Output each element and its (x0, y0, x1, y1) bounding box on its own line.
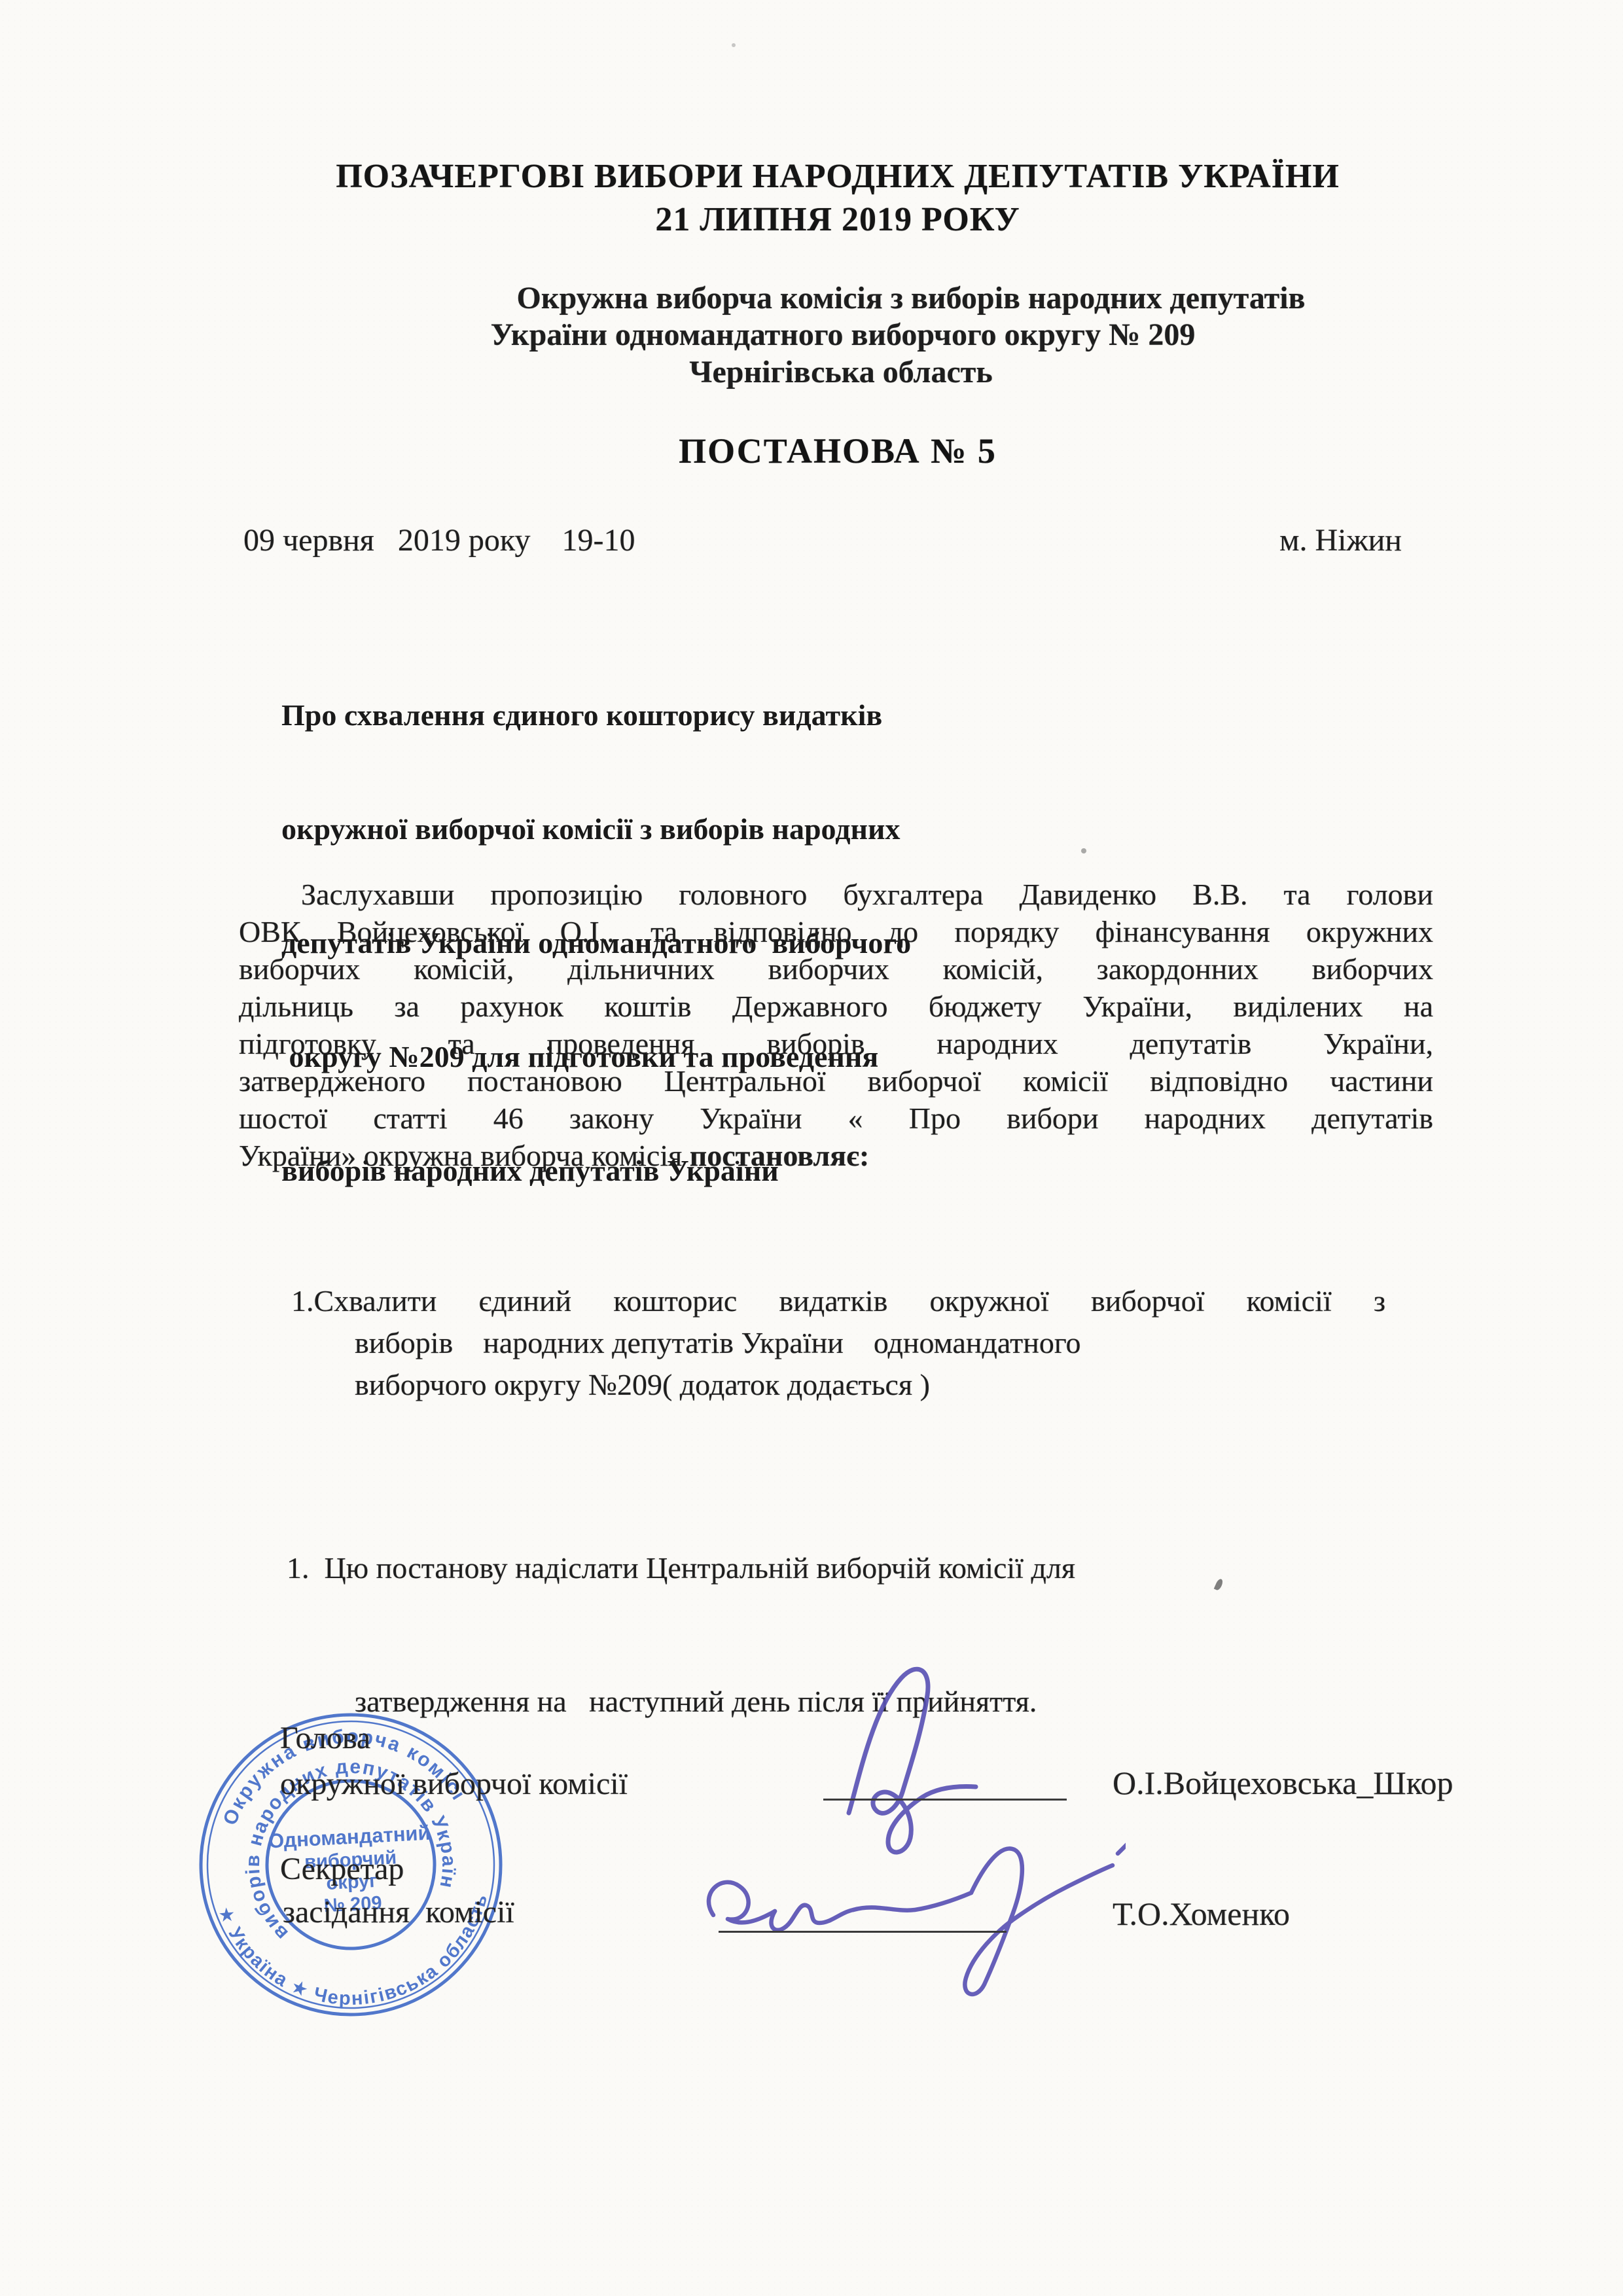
resolution-place: м. Ніжин (1279, 522, 1402, 558)
chairman-signature-line (823, 1799, 1067, 1801)
body-paragraph: Заслухавши пропозицію головного бухгалте… (239, 876, 1433, 1174)
body-line: підготовку та проведення виборів народни… (239, 1025, 1433, 1062)
body-resolves-bold: постановляє: (690, 1139, 870, 1172)
chairman-name: О.І.Войцеховська_Шкор (1113, 1764, 1453, 1802)
body-line: дільниць за рахунок коштів Державного бю… (239, 988, 1433, 1025)
chairman-role-line1: Голова (280, 1720, 370, 1756)
secretary-handwritten-signature (694, 1831, 1126, 2001)
document-header-line2: 21 ЛИПНЯ 2019 РОКУ (0, 200, 1623, 239)
secretary-signature-line (719, 1931, 1007, 1933)
resolution-title: ПОСТАНОВА № 5 (0, 431, 1623, 471)
subject-line: окружної виборчої комісії з виборів наро… (281, 810, 911, 848)
body-line: затвердженого постановою Центральної виб… (239, 1062, 1433, 1100)
resolution-item-1: 1.Схвалити єдиний кошторис видатків окру… (291, 1280, 1385, 1406)
body-line: Заслухавши пропозицію головного бухгалте… (239, 876, 1433, 913)
body-line: ОВК Войцеховської О.І.. та відповідно до… (239, 913, 1433, 950)
scan-speck (732, 43, 736, 47)
stamp-center-line: Одномандатний (268, 1821, 431, 1853)
scan-speck (1214, 1578, 1224, 1591)
commission-name-line1: Окружна виборча комісія з виборів народн… (0, 280, 1623, 316)
subject-line: Про схвалення єдиного кошторису видатків (281, 696, 911, 734)
scan-speck (1081, 848, 1086, 853)
chairman-role-line2: окружної виборчої комісії (280, 1766, 628, 1802)
item-line: виборів народних депутатів України одном… (291, 1322, 1385, 1364)
item-line: 1. Цю постанову надіслати Центральній ви… (287, 1546, 1075, 1590)
secretary-role-line1: Секретар (280, 1851, 404, 1887)
body-line: виборчих комісій, дільничних виборчих ко… (239, 950, 1433, 988)
scanned-document-page: ПОЗАЧЕРГОВІ ВИБОРИ НАРОДНИХ ДЕПУТАТІВ УК… (0, 0, 1623, 2296)
item-line: 1.Схвалити єдиний кошторис видатків окру… (291, 1280, 1385, 1322)
document-header-line1: ПОЗАЧЕРГОВІ ВИБОРИ НАРОДНИХ ДЕПУТАТІВ УК… (0, 157, 1623, 196)
body-last-line: України» окружна виборча комісія постано… (239, 1137, 1433, 1174)
secretary-name: Т.О.Хоменко (1113, 1895, 1290, 1933)
commission-name-line2: України одномандатного виборчого округу … (0, 317, 1623, 353)
item-line: виборчого округу №209( додаток додається… (291, 1364, 1385, 1406)
resolution-date: 09 червня 2019 року 19-10 (243, 522, 635, 558)
body-last-regular: України» окружна виборча комісія (239, 1139, 690, 1172)
secretary-role-line2: засідання комісії (283, 1894, 514, 1930)
commission-region: Чернігівська область (0, 354, 1623, 390)
body-line: шостої статті 46 закону України « Про ви… (239, 1100, 1433, 1137)
